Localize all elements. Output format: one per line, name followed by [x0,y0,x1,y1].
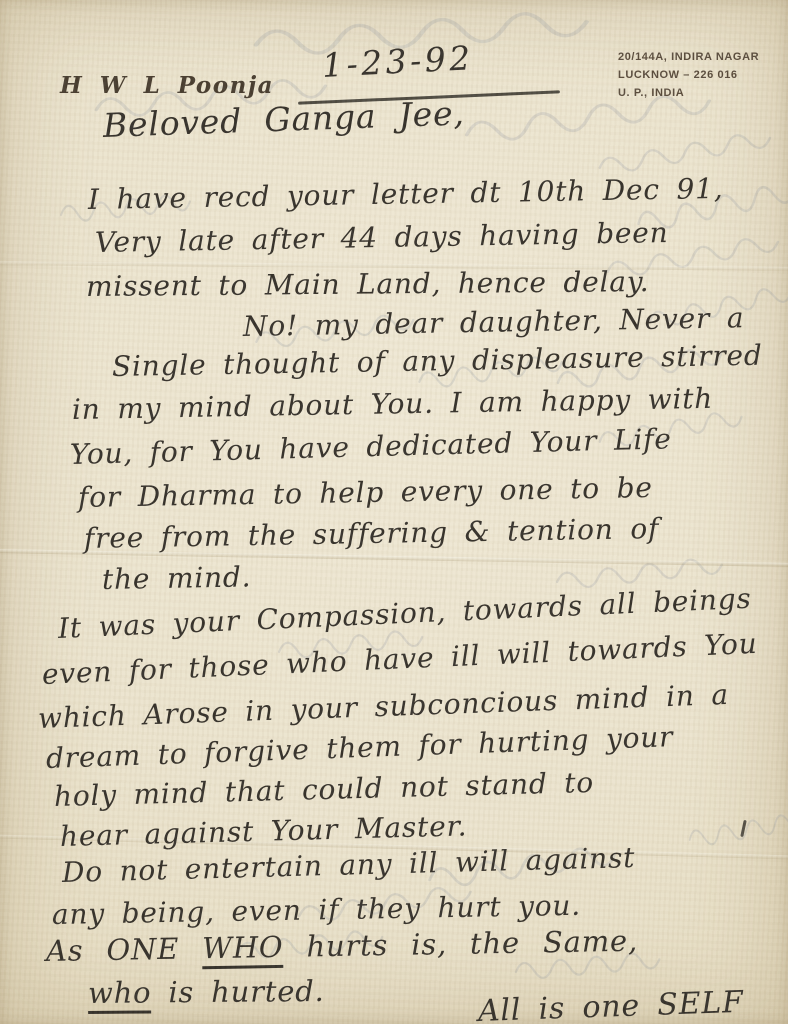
letter-line: any being, even if they hurt you. [52,889,581,931]
stray-pen-mark [740,820,746,837]
letterhead-address: 20/144A, INDIRA NAGAR LUCKNOW – 226 016 … [618,48,788,102]
letter-line: You, for You have dedicated Your Life [70,422,672,471]
letter-line: I have recd your letter dt 10th Dec 91, [88,172,724,216]
underlined-word-who: WHO [202,930,284,969]
letterhead-address-line3: U. P., INDIA [618,84,788,102]
letterhead-name: H W L Poonja [60,72,274,99]
as-one-pre: As ONE [46,931,203,968]
letter-line: Single thought of any displeasure stirre… [112,339,763,383]
letter-line: missent to Main Land, hence delay. [86,265,650,303]
letter-line-as-one-who: As ONE WHO hurts is, the Same, [46,924,639,968]
letter-line: for Dharma to help every one to be [78,471,653,514]
hurted-post: is hurted. [151,974,325,1010]
letter-page: H W L Poonja 20/144A, INDIRA NAGAR LUCKN… [0,0,788,1024]
salutation: Beloved Ganga Jee, [102,93,465,145]
letter-line: free from the suffering & tention of [84,512,660,555]
letter-line-who-is-hurted: who is hurted. [88,974,325,1010]
handwritten-date: 1-23-92 [321,38,475,85]
letter-line: holy mind that could not stand to [54,766,595,813]
as-one-post: hurts is, the Same, [283,924,638,964]
letter-line: in my mind about You. I am happy with [72,382,714,426]
letter-line: Very late after 44 days having been [95,216,669,259]
letterhead-address-line2: LUCKNOW – 226 016 [618,66,788,84]
letter-line: the mind. [102,560,252,596]
underlined-word-who-lower: who [88,975,152,1014]
letter-line: No! my dear daughter, Never a [243,301,745,343]
letterhead-address-line1: 20/144A, INDIRA NAGAR [618,48,788,66]
letter-line-all-is-one-self: All is one SELF [477,985,744,1024]
